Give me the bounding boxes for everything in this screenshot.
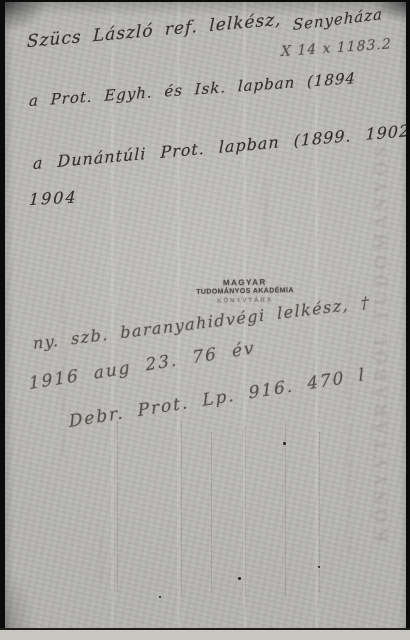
- bleedthrough-text: lelkészi hivatal: [97, 432, 105, 582]
- bleedthrough-text: MAGYAR TUDOMÁNYOS AKADÉMIA KÖNYVTÁRA: [345, 122, 354, 552]
- ruled-line: [211, 432, 212, 592]
- shelfmark-annotation: X 14 x 1183.2: [281, 36, 392, 60]
- scanned-card: KÖNYVTÁRÁBÓL TUDOMÁNYOS MAGYAR TUDOMÁNYO…: [0, 0, 410, 640]
- handwritten-reference-2b: 1904: [29, 187, 79, 209]
- ruled-line: [117, 422, 118, 592]
- ink-speck: [238, 577, 241, 580]
- ink-speck: [283, 442, 286, 445]
- scan-bottom-edge: [0, 628, 410, 640]
- ruled-line: [245, 427, 246, 597]
- handwritten-reference-2: a Dunántúli Prot. lapban (1899. 1902: [33, 121, 406, 173]
- card-paper: KÖNYVTÁRÁBÓL TUDOMÁNYOS MAGYAR TUDOMÁNYO…: [5, 2, 406, 628]
- ruled-line: [319, 432, 320, 592]
- ruled-line: [181, 422, 182, 597]
- bleedthrough-text: egyházi és iskolai lapok jegyzéke hivata…: [59, 167, 67, 457]
- ink-speck: [318, 566, 320, 568]
- handwritten-place: Senyeháza: [293, 5, 383, 34]
- handwritten-reference-1: a Prot. Egyh. és Isk. lapban (1894: [29, 69, 357, 110]
- ruled-line: [285, 422, 286, 597]
- ink-speck: [159, 596, 161, 598]
